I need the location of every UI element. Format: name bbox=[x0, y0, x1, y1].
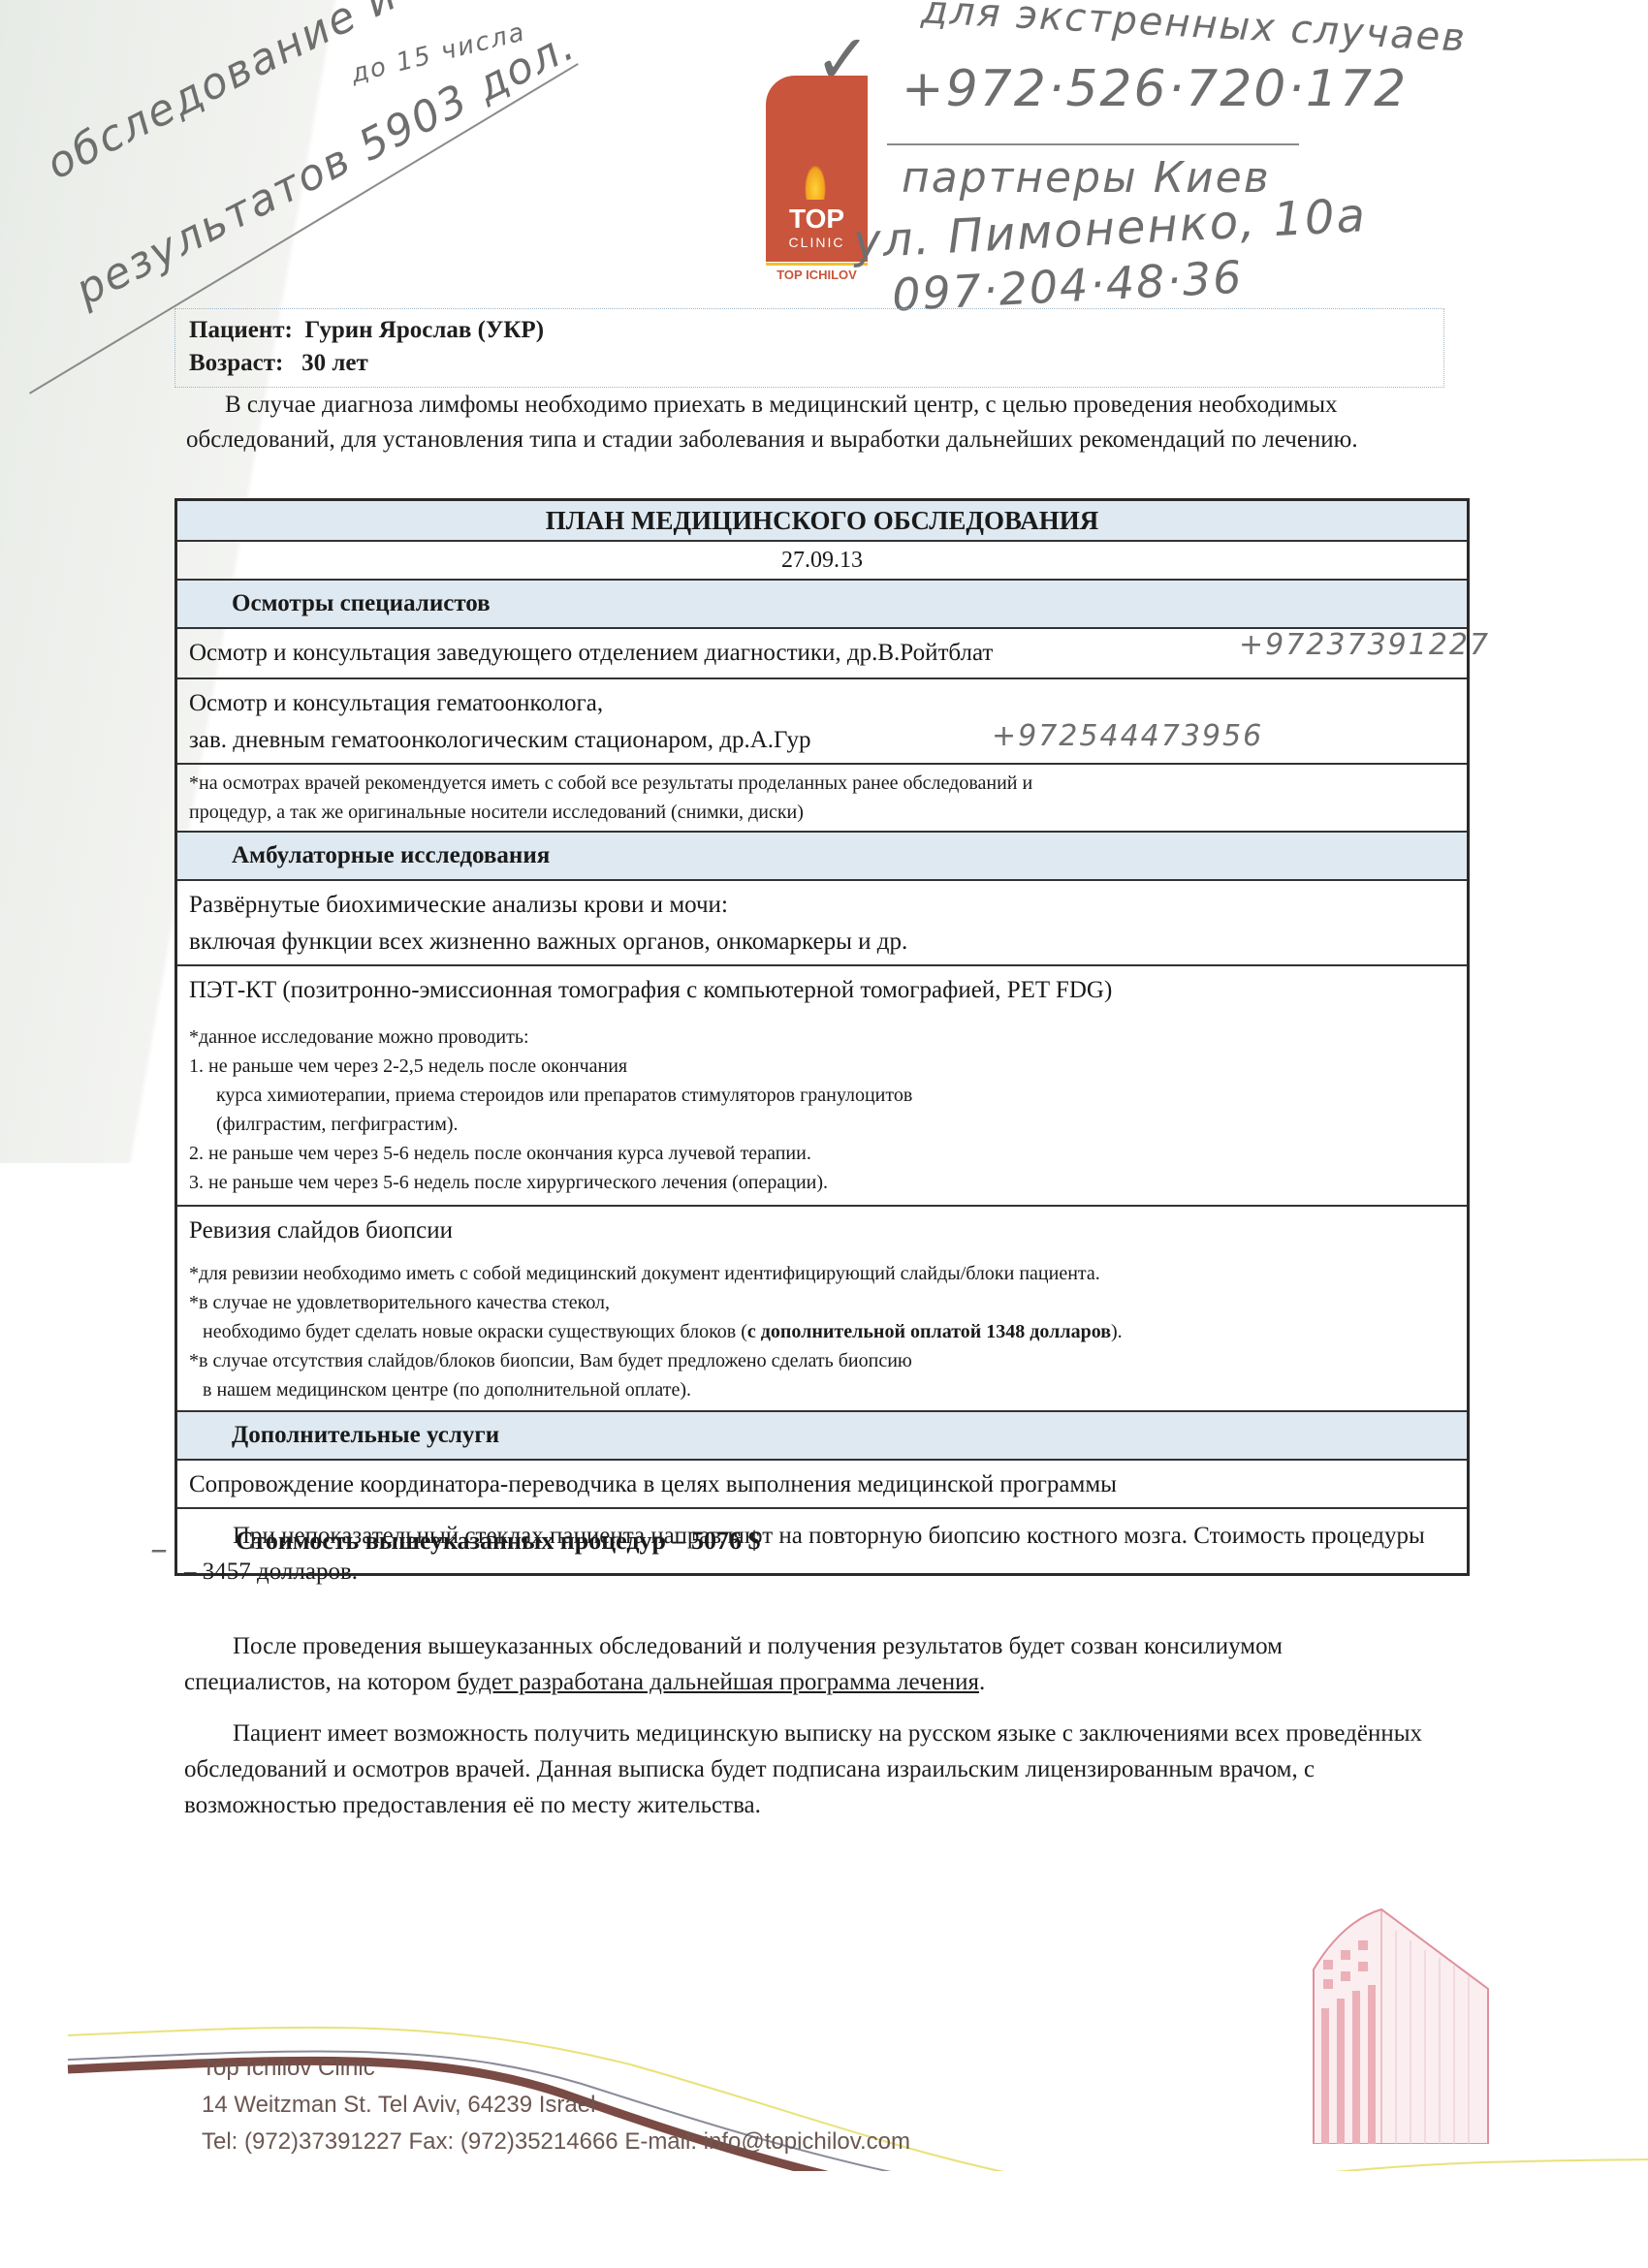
section-heading-ambulatory: Амбулаторные исследования bbox=[177, 833, 1467, 881]
consult-hematooncologist-line2: зав. дневным гематоонкологическим стацио… bbox=[189, 722, 1455, 759]
note-line: курса химиотерапии, приема стероидов или… bbox=[189, 1081, 1455, 1110]
plan-title: ПЛАН МЕДИЦИНСКОГО ОБСЛЕДОВАНИЯ bbox=[177, 501, 1467, 542]
note-line: в нашем медицинском центре (по дополните… bbox=[189, 1375, 1455, 1404]
plan-date: 27.09.13 bbox=[177, 542, 1467, 581]
table-row: Осмотр и консультация заведующего отделе… bbox=[177, 629, 1467, 679]
footer-address: 14 Weitzman St. Tel Aviv, 64239 Israel bbox=[202, 2092, 595, 2119]
patient-age-value: 30 лет bbox=[301, 350, 368, 376]
logo-subtitle: TOP ICHILOV bbox=[766, 268, 868, 282]
table-row: Осмотр и консультация гематоонколога, за… bbox=[177, 679, 1467, 765]
note-line: необходимо будет сделать новые окраски с… bbox=[189, 1317, 1455, 1346]
note-text: необходимо будет сделать новые окраски с… bbox=[203, 1321, 747, 1342]
handwritten-doctor2-phone: +972544473956 bbox=[992, 718, 1263, 755]
note-line: *в случае не удовлетворительного качеств… bbox=[189, 1288, 1455, 1317]
note-line: *на осмотрах врачей рекомендуется иметь … bbox=[189, 769, 1455, 798]
pencil-dash-mark: – bbox=[150, 1529, 170, 1569]
note-text: ). bbox=[1111, 1321, 1123, 1342]
patient-name-line: Пациент: Гурин Ярослав (УКР) bbox=[189, 317, 544, 344]
handwritten-emergency-label: для экстренных случаев bbox=[920, 0, 1468, 61]
specialists-note: *на осмотрах врачей рекомендуется иметь … bbox=[177, 765, 1467, 833]
logo-stripe bbox=[766, 263, 868, 266]
footer-clinic-name: Top Ichilov Clinic bbox=[202, 2055, 375, 2082]
table-row-pet-ct: ПЭТ-КТ (позитронно-эмиссионная томографи… bbox=[177, 966, 1467, 1207]
footer-contacts: Tel: (972)37391227 Fax: (972)35214666 E-… bbox=[202, 2128, 910, 2156]
patient-info-box: Пациент: Гурин Ярослав (УКР) Возраст: 30… bbox=[174, 308, 1444, 388]
blood-tests-line1: Развёрнутые биохимические анализы крови … bbox=[189, 887, 1455, 924]
handwritten-doctor1-phone: +97237391227 bbox=[1239, 627, 1490, 664]
clinic-logo: TOP CLINIC TOP ICHILOV bbox=[766, 76, 868, 284]
table-row: Сопровождение координатора-переводчика в… bbox=[177, 1461, 1467, 1509]
biopsy-revision-note: *для ревизии необходимо иметь с собой ме… bbox=[177, 1255, 1467, 1410]
section-heading-additional: Дополнительные услуги bbox=[177, 1412, 1467, 1461]
coordinator-service: Сопровождение координатора-переводчика в… bbox=[189, 1471, 1117, 1497]
section-heading-specialists: Осмотры специалистов bbox=[177, 581, 1467, 629]
building-illustration bbox=[1304, 1902, 1498, 2144]
note-line: *для ревизии необходимо иметь с собой ме… bbox=[189, 1259, 1455, 1288]
checkmark-icon: ✓ bbox=[814, 19, 873, 99]
note-line: *данное исследование можно проводить: bbox=[189, 1023, 1455, 1052]
consilium-end: . bbox=[979, 1669, 985, 1695]
patient-age-line: Возраст: 30 лет bbox=[189, 350, 368, 377]
intro-paragraph: В случае диагноза лимфомы необходимо при… bbox=[186, 388, 1466, 457]
note-line: *в случае отсутствия слайдов/блоков биоп… bbox=[189, 1346, 1455, 1375]
biopsy-revision-title: Ревизия слайдов биопсии bbox=[177, 1207, 1467, 1255]
note-line: 2. не раньше чем через 5-6 недель после … bbox=[189, 1139, 1455, 1168]
patient-age-label: Возраст: bbox=[189, 350, 283, 376]
pet-ct-note: *данное исследование можно проводить: 1.… bbox=[177, 1019, 1467, 1205]
handwritten-divider bbox=[887, 143, 1299, 145]
consilium-paragraph: После проведения вышеуказанных обследова… bbox=[184, 1628, 1435, 1700]
treatment-program-underlined: будет разработана дальнейшая программа л… bbox=[457, 1669, 978, 1695]
consult-hematooncologist-line1: Осмотр и консультация гематоонколога, bbox=[189, 685, 1455, 722]
flame-icon bbox=[805, 165, 826, 200]
patient-name-label: Пациент: bbox=[189, 317, 293, 343]
medical-summary-paragraph: Пациент имеет возможность получить медиц… bbox=[184, 1716, 1435, 1823]
handwritten-note-line2: результатов 5903 дол. bbox=[68, 20, 584, 316]
table-row: Развёрнутые биохимические анализы крови … bbox=[177, 881, 1467, 966]
note-line: (филграстим, пегфиграстим). bbox=[189, 1110, 1455, 1139]
note-line: 1. не раньше чем через 2-2,5 недель посл… bbox=[189, 1052, 1455, 1081]
pet-ct-title: ПЭТ-КТ (позитронно-эмиссионная томографи… bbox=[177, 966, 1467, 1019]
note-line: 3. не раньше чем через 5-6 недель после … bbox=[189, 1168, 1455, 1197]
blood-tests-line2: включая функции всех жизненно важных орг… bbox=[189, 924, 1455, 961]
bone-marrow-paragraph: При непоказательный стеклах пациента нап… bbox=[184, 1518, 1435, 1590]
examination-plan-table: ПЛАН МЕДИЦИНСКОГО ОБСЛЕДОВАНИЯ 27.09.13 … bbox=[174, 498, 1470, 1576]
note-line: процедур, а так же оригинальные носители… bbox=[189, 798, 1455, 827]
table-row-biopsy-revision: Ревизия слайдов биопсии *для ревизии нео… bbox=[177, 1207, 1467, 1412]
handwritten-emergency-phone: +972·526·720·172 bbox=[902, 60, 1408, 118]
extra-payment-amount: с дополнительной оплатой 1348 долларов bbox=[747, 1321, 1111, 1342]
patient-name-value: Гурин Ярослав (УКР) bbox=[304, 317, 544, 343]
consult-diagnostics: Осмотр и консультация заведующего отделе… bbox=[189, 640, 993, 666]
